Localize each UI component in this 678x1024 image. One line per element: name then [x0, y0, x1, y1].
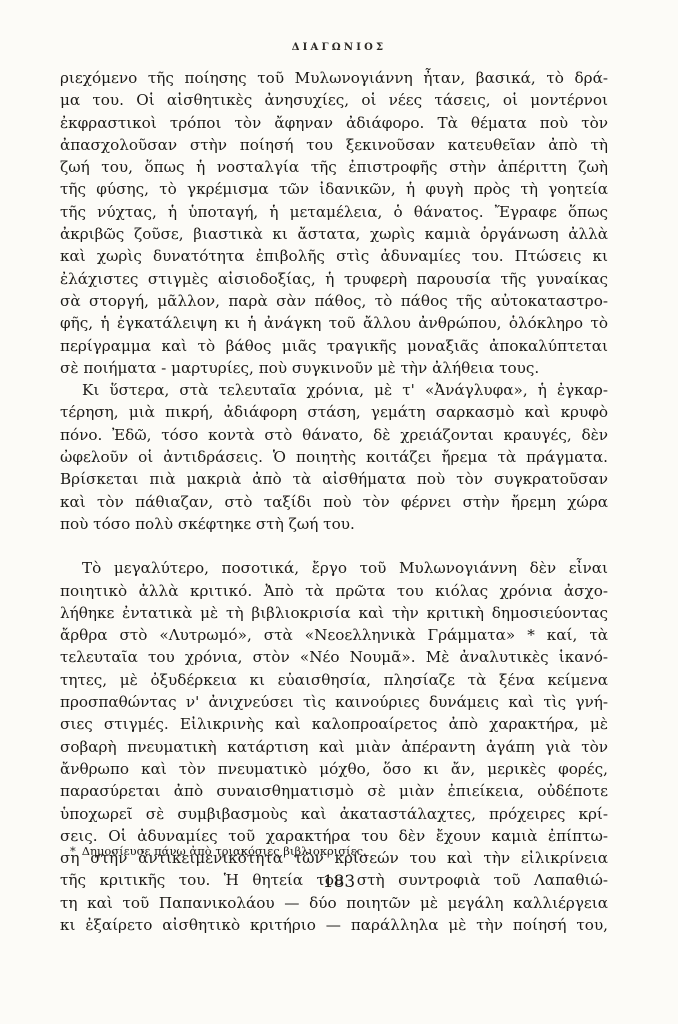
- text-line: Κι ὕστερα, στὰ τελευταῖα χρόνια, μὲ τ' «…: [60, 379, 608, 401]
- text-line: ἀπασχολοῦσαν στὴν ποίησή του ξεκινοῦσαν …: [60, 134, 608, 156]
- text-line: σὲ ποιήματα - μαρτυρίες, ποὺ συγκινοῦν μ…: [60, 357, 608, 379]
- footnote: *Δημοσίευσε πάνω ἀπὸ τριακόσιες βιβλιοκρ…: [70, 843, 367, 859]
- text-line: ζωή του, ὅπως ἡ νοσταλγία τῆς ἐπιστροφῆς…: [60, 156, 608, 178]
- text-line: παρασύρεται ἀπὸ συναισθηματισμὸ σὲ μιὰν …: [60, 780, 608, 802]
- text-line: μα του. Οἱ αἰσθητικὲς ἀνησυχίες, οἱ νέες…: [60, 89, 608, 111]
- text-line: τη καὶ τοῦ Παπανικολάου — δύο ποιητῶν μὲ…: [60, 892, 608, 914]
- text-line: ἄρθρα στὸ «Λυτρωμό», στὰ «Νεοελληνικὰ Γρ…: [60, 624, 608, 646]
- book-page: ΔΙΑΓΩΝΙΟΣ ριεχόμενο τῆς ποίησης τοῦ Μυλω…: [0, 0, 678, 1024]
- running-head: ΔΙΑΓΩΝΙΟΣ: [0, 42, 678, 53]
- text-line: τελευταῖα του χρόνια, στὸν «Νέο Νουμᾶ». …: [60, 646, 608, 668]
- text-line: ἐκφραστικοὶ τρόποι τὸν ἄφηναν ἀδιάφορο. …: [60, 112, 608, 134]
- text-line: σοβαρὴ πνευματικὴ κατάρτιση καὶ μιὰν ἀπέ…: [60, 736, 608, 758]
- text-line: ἐλάχιστες στιγμὲς αἰσιοδοξίας, ἡ τρυφερὴ…: [60, 268, 608, 290]
- text-line: ριεχόμενο τῆς ποίησης τοῦ Μυλωνογιάννη ἦ…: [60, 67, 608, 89]
- text-line: ποὺ τόσο πολὺ σκέφτηκε στὴ ζωή του.: [60, 513, 608, 535]
- text-line: ἀκριβῶς ζοῦσε, βιαστικὰ κι ἄστατα, χωρὶς…: [60, 223, 608, 245]
- footnote-marker: *: [70, 843, 76, 859]
- paragraph-1-continued: ριεχόμενο τῆς ποίησης τοῦ Μυλωνογιάννη ἦ…: [60, 67, 608, 379]
- text-line: πόνο. Ἐδῶ, τόσο κοντὰ στὸ θάνατο, δὲ χρε…: [60, 424, 608, 446]
- text-line: κι ἐξαίρετο αἰσθητικὸ κριτήριο — παράλλη…: [60, 914, 608, 936]
- text-line: τῆς νύχτας, ἡ ὑποταγή, ἡ μεταμέλεια, ὁ θ…: [60, 201, 608, 223]
- text-line: σὰ στοργή, μᾶλλον, παρὰ σὰν πάθος, τὸ πά…: [60, 290, 608, 312]
- text-line: φῆς, ἡ ἐγκατάλειψη κι ἡ ἀνάγκη τοῦ ἄλλου…: [60, 312, 608, 334]
- section-break: [60, 535, 608, 557]
- text-line: Βρίσκεται πιὰ μακριὰ ἀπὸ τὰ αἰσθήματα πο…: [60, 468, 608, 490]
- text-line: τέρηση, μιὰ πικρή, ἀδιάφορη στάση, γεμάτ…: [60, 401, 608, 423]
- text-line: ποιητικὸ ἀλλὰ κριτικό. Ἀπὸ τὰ πρῶτα του …: [60, 580, 608, 602]
- text-line: τῆς φύσης, τὸ γκρέμισμα τῶν ἰδανικῶν, ἡ …: [60, 178, 608, 200]
- text-line: περίγραμμα καὶ τὸ βάθος μιᾶς τραγικῆς μο…: [60, 335, 608, 357]
- text-line: καὶ τὸν πάθιαζαν, στὸ ταξίδι ποὺ τὸν φέρ…: [60, 491, 608, 513]
- text-line: προσπαθώντας ν' ἀνιχνεύσει τὶς καινούριε…: [60, 691, 608, 713]
- body-text: ριεχόμενο τῆς ποίησης τοῦ Μυλωνογιάννη ἦ…: [60, 67, 608, 936]
- page-number: 183: [0, 872, 678, 892]
- paragraph-2: Κι ὕστερα, στὰ τελευταῖα χρόνια, μὲ τ' «…: [60, 379, 608, 535]
- text-line: λήθηκε ἐντατικὰ μὲ τὴ βιβλιοκρισία καὶ τ…: [60, 602, 608, 624]
- text-line: σιες στιγμές. Εἰλικρινὴς καὶ καλοπροαίρε…: [60, 713, 608, 735]
- text-line: ὠφελοῦν οἱ ἀντιδράσεις. Ὁ ποιητὴς κοιτάζ…: [60, 446, 608, 468]
- text-line: τητες, μὲ ὀξυδέρκεια κι εὐαισθησία, πλησ…: [60, 669, 608, 691]
- text-line: ἄνθρωπο καὶ τὸν πνευματικὸ μόχθο, ὅσο κι…: [60, 758, 608, 780]
- text-line: καὶ χωρὶς δυνατότητα ἐπιβολῆς στὶς ἀδυνα…: [60, 245, 608, 267]
- footnote-text: Δημοσίευσε πάνω ἀπὸ τριακόσιες βιβλιοκρι…: [82, 844, 367, 858]
- text-line: Τὸ μεγαλύτερο, ποσοτικά, ἔργο τοῦ Μυλωνο…: [60, 557, 608, 579]
- text-line: ὑποχωρεῖ σὲ συμβιβασμοὺς καὶ ἀκαταστάλαχ…: [60, 803, 608, 825]
